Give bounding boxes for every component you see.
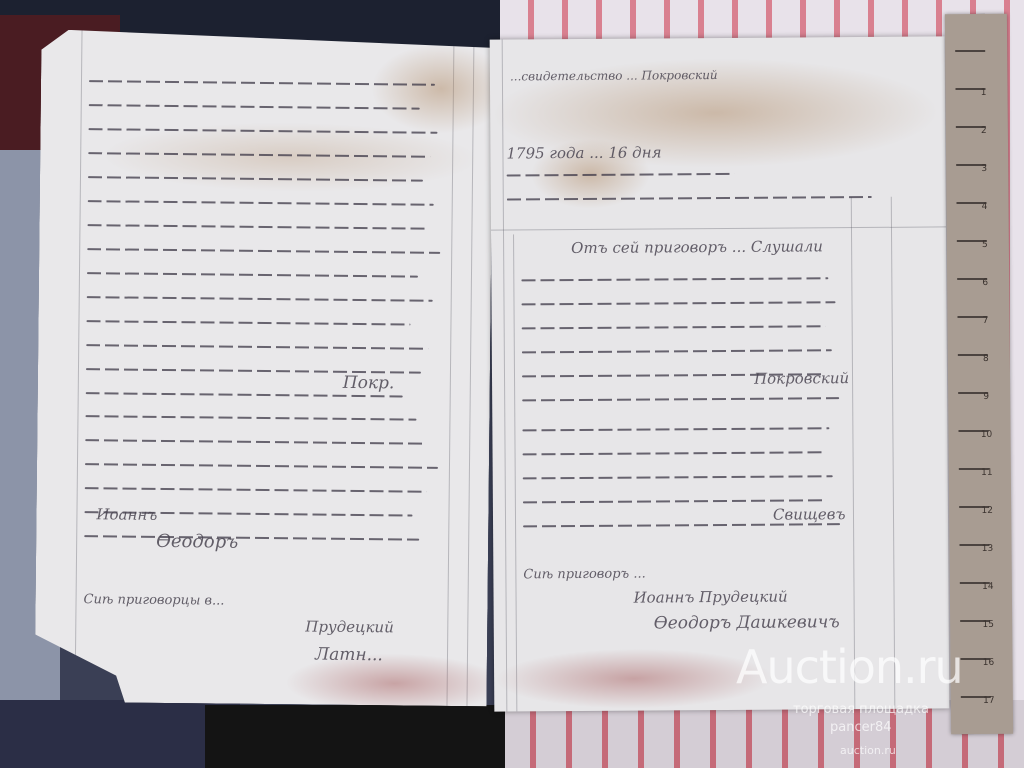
margin-rule (851, 197, 856, 709)
background-table (0, 700, 240, 768)
closing-word: Иоаннъ (96, 505, 157, 524)
footer-signature-1: Иоаннъ Прудецкий (633, 588, 787, 607)
paragraph-1 (521, 277, 842, 423)
margin-rule (502, 40, 508, 712)
margin-rule (466, 34, 474, 706)
ruler-numbers: 12 34 56 78 910 1112 1314 1516 17 (973, 74, 999, 720)
watermark-tagline: торговая площадка (793, 702, 929, 717)
footer-signature-2: Латн... (315, 645, 383, 666)
footer-signature-1: Прудецкий (305, 617, 394, 636)
watermark-brand: Auction.ru (736, 640, 963, 694)
footer-line: Сиѣ приговоръ ... (523, 567, 645, 583)
signature-1: Покровский (754, 369, 849, 388)
preamble (507, 172, 887, 223)
margin-rule (513, 234, 517, 711)
signature-2: Свищевъ (773, 505, 846, 524)
watermark-site: auction.ru (840, 744, 896, 757)
watermark-seller: pancer84 (830, 720, 892, 735)
top-fragment: ...свидетельство ... Покровский (510, 68, 718, 83)
section-heading: Отъ сей приговоръ ... Слушали (571, 237, 823, 257)
measuring-ruler: 12 34 56 78 910 1112 1314 1516 17 (945, 14, 1013, 735)
date-line: 1795 года ... 16 дня (506, 143, 661, 162)
footer-line: Сиѣ приговорцы в... (83, 592, 224, 608)
manuscript-right-page: ...свидетельство ... Покровский 1795 год… (490, 36, 950, 711)
manuscript-left-page: Покр. Иоаннъ Ѳеодоръ Сиѣ приговорцы в...… (34, 30, 493, 707)
signature-1: Покр. (343, 373, 395, 394)
signature-2: Ѳеодоръ (156, 531, 238, 553)
header-rule (491, 226, 946, 230)
rust-stain (494, 648, 774, 710)
paragraph-2 (84, 415, 445, 563)
paragraph-2 (522, 427, 843, 549)
footer-signature-2: Ѳеодоръ Дашкевичъ (654, 612, 840, 633)
background-black-object (205, 705, 505, 768)
margin-rule (891, 197, 896, 709)
margin-rule (74, 30, 82, 702)
paragraph-1 (85, 80, 448, 420)
